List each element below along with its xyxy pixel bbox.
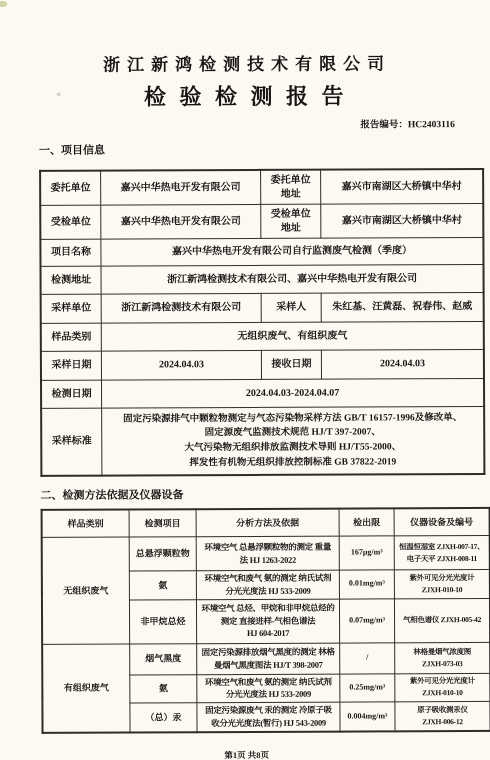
col-header-test-item: 检测项目 [129, 509, 196, 537]
project-name-value: 嘉兴中华热电开发有限公司自行监测废气检测（季度） [101, 237, 484, 266]
test-date-value: 2024.04.03-2024.04.07 [101, 378, 484, 408]
test-date-label: 检测日期 [41, 380, 102, 408]
sampler-label: 采样人 [261, 293, 321, 322]
sampling-unit-label: 采样单位 [41, 294, 102, 323]
page-indicator: 第1页 共8页 [2, 748, 490, 760]
detection-limit: / [340, 642, 395, 673]
section-2-heading: 二、检测方法依据及仪器设备 [40, 485, 490, 503]
test-address-label: 检测地址 [41, 266, 102, 294]
receive-date-value: 2024.04.03 [321, 349, 484, 379]
project-name-label: 项目名称 [40, 239, 101, 266]
sample-category-label: 样品类别 [41, 323, 102, 351]
method-basis: 环境空气和废气 氨的测定 纳氏试剂 分光光度法 HJ 533-2009 [196, 570, 339, 599]
instrument-id: 紫外可见分光光度计 ZJXH-010-10 [394, 569, 490, 598]
sampling-date-label: 采样日期 [41, 351, 102, 380]
table-row: 检测日期 2024.04.03-2024.04.07 [41, 378, 484, 408]
method-basis: 环境空气 总悬浮颗粒物的测定 重量 法 HJ 1263-2022 [196, 536, 339, 571]
sampling-standard-label: 采样标准 [41, 408, 102, 476]
instrument-id: 恒温恒湿室 ZJXH-007-17、 电子天平 ZJXH-008-11 [394, 535, 490, 569]
inspected-unit-value: 嘉兴中华热电开发有限公司 [101, 204, 261, 239]
consignor-address-label: 委托单位 地址 [261, 170, 321, 205]
detection-limit: 167μg/m³ [339, 536, 394, 570]
test-item: 氨 [129, 571, 196, 600]
table-row: 委托单位 嘉兴中华热电开发有限公司 委托单位 地址 嘉兴市南湖区大桥镇中华村 [40, 169, 483, 205]
report-page: 浙江新鸿检测技术有限公司 检 验 检 测 报 告 报告编号：HC2403116 … [0, 0, 490, 760]
report-number-label: 报告编号： [360, 120, 408, 130]
test-item: 氨 [130, 674, 197, 703]
method-basis: 固定污染源废气 汞的测定 冷原子吸 收分光光度法(暂行) HJ 543-2009 [197, 702, 340, 732]
instrument-id: 紫外可见分光光度计 ZJXH-010-10 [395, 673, 490, 702]
sampling-date-value: 2024.04.03 [101, 350, 261, 380]
table-row: 有组织废气 烟气黑度 固定污染源排放烟气黑度的测定 林格 曼烟气黑度图法 HJ/… [42, 642, 490, 675]
table-header-row: 样品类别 检测项目 分析方法及依据 检出限 仪器设备及编号 [42, 508, 490, 537]
table-row: 受检单位 嘉兴中华热电开发有限公司 受检单位 地址 嘉兴市南湖区大桥镇中华村 [40, 203, 483, 239]
project-info-table: 委托单位 嘉兴中华热电开发有限公司 委托单位 地址 嘉兴市南湖区大桥镇中华村 受… [39, 168, 485, 477]
method-basis: 环境空气和废气 氨的测定 纳氏试剂 分光光度法 HJ 533-2009 [197, 674, 340, 703]
detection-limit: 0.07mg/m³ [339, 598, 394, 642]
sample-type-organized: 有组织废气 [42, 644, 130, 733]
table-row: 样品类别 无组织废气、有组织废气 [41, 321, 484, 351]
instrument-id: 林格曼烟气浓度图 ZJXH-073-03 [395, 642, 490, 673]
method-basis: 固定污染源排放烟气黑度的测定 林格 曼烟气黑度图法 HJ/T 398-2007 [197, 643, 340, 675]
col-header-method: 分析方法及依据 [196, 509, 339, 537]
inspected-unit-address-value: 嘉兴市南湖区大桥镇中华村 [321, 203, 484, 238]
instrument-id: 原子吸收测汞仪 ZJXH-006-12 [395, 701, 490, 731]
detection-limit: 0.25mg/m³ [340, 673, 395, 702]
col-header-sample-type: 样品类别 [42, 510, 130, 538]
consignor-address-value: 嘉兴市南湖区大桥镇中华村 [321, 169, 484, 204]
sample-type-unorganized: 无组织废气 [42, 537, 130, 644]
instrument-id: 气相色谱仪 ZJXH-005-42 [394, 598, 490, 642]
test-item: 总悬浮颗粒物 [129, 537, 196, 571]
scan-speck [57, 93, 61, 96]
sampling-unit-value: 浙江新鸿检测技术有限公司 [101, 293, 261, 323]
sampling-standard-value: 固定污染源排气中颗粒物测定与气态污染物采样方法 GB/T 16157-1996及… [102, 406, 485, 475]
method-instrument-table: 样品类别 检测项目 分析方法及依据 检出限 仪器设备及编号 无组织废气 总悬浮颗… [41, 507, 490, 734]
sampler-names: 朱红基、汪黄磊、祝春伟、赵威 [321, 292, 484, 322]
test-item: 烟气黑度 [130, 643, 197, 674]
section-1-heading: 一、项目信息 [39, 140, 489, 158]
inspected-unit-address-label: 受检单位 地址 [261, 204, 321, 238]
table-row: 采样单位 浙江新鸿检测技术有限公司 采样人 朱红基、汪黄磊、祝春伟、赵威 [41, 292, 484, 323]
detection-limit: 0.01mg/m³ [339, 570, 394, 599]
table-row: 检测地址 浙江新鸿检测技术有限公司、嘉兴中华热电开发有限公司 [41, 264, 484, 294]
sample-category-value: 无组织废气、有组织废气 [101, 321, 484, 351]
table-row: 采样标准 固定污染源排气中颗粒物测定与气态污染物采样方法 GB/T 16157-… [41, 406, 484, 475]
scan-speck [0, 1, 7, 7]
table-row: 项目名称 嘉兴中华热电开发有限公司自行监测废气检测（季度） [40, 237, 483, 266]
detection-limit: 0.004mg/m³ [340, 702, 395, 732]
method-basis: 环境空气 总烃、甲烷和非甲烷总烃的 测定 直接进样-气相色谱法 HJ 604-2… [196, 599, 339, 644]
company-title: 浙江新鸿检测技术有限公司 [0, 49, 489, 76]
col-header-instrument: 仪器设备及编号 [394, 508, 490, 536]
report-number: 报告编号：HC2403116 [0, 116, 455, 132]
col-header-detection-limit: 检出限 [339, 508, 394, 536]
test-item: （总）汞 [130, 703, 197, 733]
test-address-value: 浙江新鸿检测技术有限公司、嘉兴中华热电开发有限公司 [101, 264, 484, 294]
receive-date-label: 接收日期 [261, 350, 321, 379]
table-row: 采样日期 2024.04.03 接收日期 2024.04.03 [41, 349, 484, 380]
consignor-value: 嘉兴中华热电开发有限公司 [101, 170, 261, 205]
report-number-value: HC2403116 [408, 120, 455, 130]
table-row: 无组织废气 总悬浮颗粒物 环境空气 总悬浮颗粒物的测定 重量 法 HJ 1263… [42, 535, 490, 571]
report-title: 检 验 检 测 报 告 [0, 79, 489, 112]
test-item: 非甲烷总烃 [129, 599, 196, 643]
inspected-unit-label: 受检单位 [40, 205, 101, 239]
consignor-label: 委托单位 [40, 171, 101, 206]
